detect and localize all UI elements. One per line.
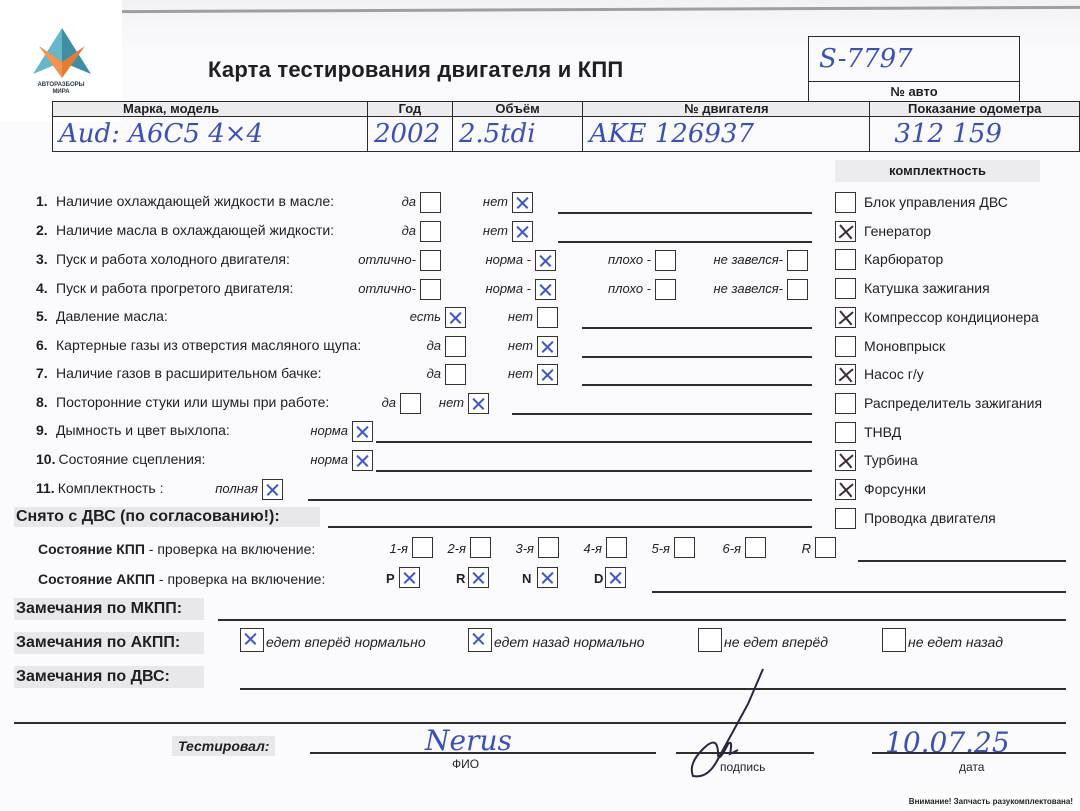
completeness-checkbox-12[interactable] [835,508,856,529]
check-text: Давление масла: [56,308,168,324]
completeness-item-label: Распределитель зажигания [864,395,1042,411]
check-text: Комплектность : [58,480,164,496]
check-option-label: да [360,223,416,238]
paper-edge [120,6,1080,13]
check-6-option-1-checkbox[interactable] [445,336,466,357]
manual-gearbox-label: Состояние КПП - проверка на включение: [38,541,315,557]
akpp-remark-3-checkbox[interactable] [698,628,722,652]
check-option-label: норма [270,452,348,467]
completeness-checkbox-9[interactable] [835,422,856,443]
check-number: 5. [36,308,56,324]
check-option-label: норма - [440,252,531,267]
manual-gear-label: 3-я [496,541,534,556]
check-4-option-2-checkbox[interactable] [535,279,556,300]
check-1-notes-line[interactable] [558,212,812,214]
check-text: Пуск и работа холодного двигателя: [56,251,290,267]
check-option-label: норма - [440,281,531,296]
auto-gear-label: P [386,571,395,586]
check-text: Наличие охлаждающей жидкости в масле: [56,193,334,209]
check-option-label: норма [270,423,348,438]
manual-gear-3-checkbox[interactable] [538,537,559,558]
vehicle-header-table: Марка, модель Год Объём № двигателя Пока… [52,101,1080,152]
check-number: 9. [36,422,56,438]
check-4-option-4-checkbox[interactable] [787,279,808,300]
auto-gearbox-label-rest: - проверка на включение: [155,571,325,587]
check-number: 1. [36,193,56,209]
akpp-remark-1-checkbox[interactable] [240,628,264,652]
akpp-remark-label: не едет назад [908,634,1003,650]
check-number: 4. [36,280,56,296]
logo-text-line2: МИРА [0,89,122,96]
auto-gearbox-line[interactable] [652,591,1066,593]
check-option-label: нет [470,366,533,381]
manual-gearbox-label-rest: - проверка на включение: [145,541,315,557]
check-3-option-2-checkbox[interactable] [535,250,556,271]
auto-gearbox-label-bold: Состояние АКПП [38,571,155,587]
manual-gearbox-line[interactable] [858,560,1066,562]
check-label-7: 7.Наличие газов в расширительном бачке: [36,365,322,381]
manual-gear-2-checkbox[interactable] [470,537,491,558]
check-label-3: 3.Пуск и работа холодного двигателя: [36,251,290,267]
auto-number-value[interactable]: S-7797 [809,37,1019,82]
test-card-sheet: АВТОРАЗБОРЫ МИРА Карта тестирования двиг… [0,0,1080,811]
date-line [872,752,1066,754]
check-number: 3. [36,251,56,267]
completeness-item-label: Проводка двигателя [864,510,996,526]
check-label-10: 10.Состояние сцепления: [36,451,205,467]
tested-by-label: Тестировал: [172,736,275,756]
check-10-notes-line[interactable] [376,470,812,472]
remarks-dvs-label: Замечания по ДВС: [14,666,204,688]
check-5-option-2-checkbox[interactable] [537,307,558,328]
completeness-item-label: Насос г/у [864,366,924,382]
check-10-option-1-checkbox[interactable] [352,450,373,471]
check-1-option-1-checkbox[interactable] [420,192,441,213]
check-label-4: 4.Пуск и работа прогретого двигателя: [36,280,293,296]
engine-number-value[interactable]: AKE 126937 [583,117,870,152]
auto-number-label: № авто [809,82,1019,103]
model-value[interactable]: Aud: A6C5 4×4 [53,117,368,152]
akpp-remark-label: не едет вперёд [724,634,828,650]
check-text: Состояние сцепления: [58,451,205,467]
completeness-checkbox-4[interactable] [835,278,856,299]
name-caption: ФИО [452,757,479,771]
check-text: Дымность и цвет выхлопа: [56,422,230,438]
check-label-5: 5.Давление масла: [36,308,168,324]
check-2-notes-line[interactable] [558,241,812,243]
check-8-option-2-checkbox[interactable] [468,393,489,414]
manual-gear-label: 5-я [638,541,670,556]
manual-gear-label: 4-я [568,541,602,556]
check-label-6: 6.Картерные газы из отверстия масляного … [36,337,361,353]
manual-gear-label: 6-я [702,541,741,556]
auto-gear-1-checkbox[interactable] [399,567,420,588]
akpp-remark-label: едет назад нормально [494,634,645,650]
check-label-11: 11.Комплектность : [36,480,164,496]
check-3-option-1-checkbox[interactable] [420,250,441,271]
check-number: 7. [36,365,56,381]
completeness-item-label: Блок управления ДВС [864,194,1008,210]
remarks-mkpp-label: Замечания по МКПП: [14,598,204,620]
check-7-option-2-checkbox[interactable] [537,364,558,385]
check-option-label: плохо - [570,281,651,296]
col-odometer: Показание одометра [870,102,1080,117]
auto-gear-label: N [522,571,531,586]
check-number: 11. [36,480,55,496]
removed-line[interactable] [328,526,812,528]
check-label-9: 9.Дымность и цвет выхлопа: [36,422,230,438]
date-value[interactable]: 10.07.25 [885,726,1010,759]
check-6-option-2-checkbox[interactable] [537,336,558,357]
akpp-remark-2-checkbox[interactable] [468,628,492,652]
volume-value[interactable]: 2.5tdi [452,117,583,152]
check-option-label: да [360,194,416,209]
completeness-checkbox-1[interactable] [835,192,856,213]
check-option-label: да [380,366,441,381]
check-option-label: да [380,338,441,353]
manual-gear-5-checkbox[interactable] [674,537,695,558]
col-year: Год [367,102,452,117]
completeness-checkbox-11[interactable] [835,479,856,500]
remarks-mkpp-line[interactable] [218,619,1066,621]
completeness-checkbox-6[interactable] [835,336,856,357]
auto-gear-3-checkbox[interactable] [537,567,558,588]
removed-label: Снято с ДВС (по согласованию!): [14,507,320,527]
auto-gear-label: R [456,571,465,586]
col-model: Марка, модель [53,102,368,117]
check-text: Посторонние стуки или шумы при работе: [56,394,329,410]
check-option-label: нет [470,338,533,353]
check-text: Наличие масла в охлаждающей жидкости: [56,222,334,238]
check-option-label: да [340,395,396,410]
check-7-notes-line[interactable] [582,384,812,386]
completeness-title: комплектность [835,160,1040,182]
col-engine-number: № двигателя [583,102,870,117]
completeness-item-label: Карбюратор [864,251,943,267]
check-2-option-1-checkbox[interactable] [420,221,441,242]
check-9-option-1-checkbox[interactable] [352,421,373,442]
completeness-item-label: ТНВД [864,424,901,440]
logo-text-line1: АВТОРАЗБОРЫ [0,82,122,89]
completeness-item-label: Моновпрыск [864,338,945,354]
check-option-label: есть [360,309,441,324]
manual-gearbox-label-bold: Состояние КПП [38,541,145,557]
completeness-checkbox-10[interactable] [835,450,856,471]
manual-gear-label: 2-я [430,541,466,556]
completeness-checkbox-3[interactable] [835,249,856,270]
manual-gear-label: R [786,541,811,556]
check-number: 10. [36,451,55,467]
check-5-notes-line[interactable] [582,327,812,329]
check-7-option-1-checkbox[interactable] [445,364,466,385]
completeness-item-label: Генератор [864,223,931,239]
check-6-notes-line[interactable] [582,356,812,358]
auto-gear-2-checkbox[interactable] [468,567,489,588]
check-2-option-2-checkbox[interactable] [512,221,533,242]
completeness-item-label: Катушка зажигания [864,280,990,296]
auto-gearbox-label: Состояние АКПП - проверка на включение: [38,571,325,587]
check-11-option-1-checkbox[interactable] [262,479,283,500]
signature-caption: подпись [720,760,765,774]
check-label-8: 8.Посторонние стуки или шумы при работе: [36,394,329,410]
auto-number-box: S-7797 № авто [808,36,1020,104]
check-label-2: 2.Наличие масла в охлаждающей жидкости: [36,222,334,238]
check-number: 6. [36,337,56,353]
manual-gear-4-checkbox[interactable] [606,537,627,558]
manual-gear-7-checkbox[interactable] [815,537,836,558]
check-option-label: отлично- [310,252,416,267]
check-number: 8. [36,394,56,410]
check-3-option-4-checkbox[interactable] [787,250,808,271]
check-5-option-1-checkbox[interactable] [445,307,466,328]
completeness-checkbox-8[interactable] [835,393,856,414]
check-text: Пуск и работа прогретого двигателя: [56,280,293,296]
remarks-extra-line[interactable] [14,722,1066,724]
odometer-value[interactable]: 312 159 [870,117,1080,152]
completeness-item-label: Компрессор кондиционера [864,309,1039,325]
check-option-label: нет [470,309,533,324]
year-value[interactable]: 2002 [367,117,452,152]
auto-gear-label: D [594,571,603,586]
akpp-remark-label: едет вперёд нормально [266,634,426,650]
check-option-label: нет [450,194,508,209]
check-8-notes-line[interactable] [512,413,812,415]
completeness-item-label: Турбина [864,452,918,468]
check-option-label: не завелся- [670,252,783,267]
check-9-notes-line[interactable] [376,441,812,443]
page-title: Карта тестирования двигателя и КПП [208,57,623,83]
completeness-checkbox-2[interactable] [835,221,856,242]
remarks-dvs-line[interactable] [240,688,1066,690]
completeness-item-label: Форсунки [864,481,926,497]
auto-gear-4-checkbox[interactable] [605,567,626,588]
check-number: 2. [36,222,56,238]
manual-gear-6-checkbox[interactable] [745,537,766,558]
check-option-label: плохо - [570,252,651,267]
col-volume: Объём [452,102,583,117]
check-option-label: нет [450,223,508,238]
check-1-option-2-checkbox[interactable] [512,192,533,213]
remarks-akpp-label: Замечания по АКПП: [14,632,204,654]
check-11-notes-line[interactable] [308,499,812,501]
warning-badge: Внимание! Запчасть разукомплектована! [904,794,1078,809]
completeness-checkbox-5[interactable] [835,307,856,328]
check-4-option-1-checkbox[interactable] [420,279,441,300]
name-line [310,752,656,754]
check-option-label: нет [400,395,464,410]
logo-mark-icon [33,28,91,78]
akpp-remark-4-checkbox[interactable] [882,628,906,652]
check-text: Картерные газы из отверстия масляного щу… [56,337,361,353]
completeness-checkbox-7[interactable] [835,364,856,385]
check-label-1: 1.Наличие охлаждающей жидкости в масле: [36,193,334,209]
check-option-label: не завелся- [670,281,783,296]
check-option-label: полная [170,481,258,496]
check-option-label: отлично- [310,281,416,296]
check-text: Наличие газов в расширительном бачке: [56,365,322,381]
manual-gear-label: 1-я [362,541,408,556]
date-caption: дата [959,760,984,774]
